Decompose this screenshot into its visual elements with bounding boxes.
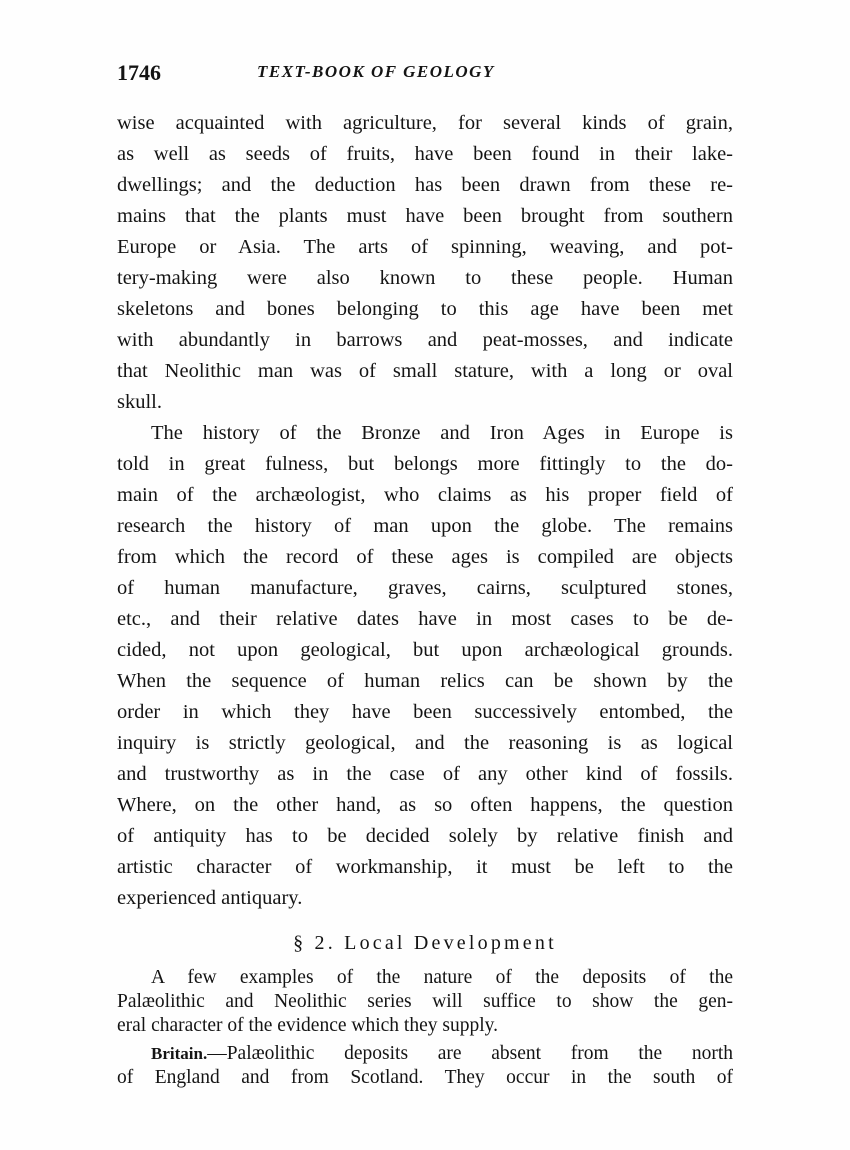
paragraph-bronze-iron-ages: The history of the Bronze and Iron Ages … [117,418,733,914]
text-line: A few examples of the nature of the depo… [117,966,733,990]
text-line: experienced antiquary. [117,883,733,914]
text-line: Britain.—Palæolithic deposits are absent… [117,1042,733,1066]
text-line: of human manufacture, graves, cairns, sc… [117,573,733,604]
paragraph-local-examples: A few examples of the nature of the depo… [117,966,733,1038]
page-number: 1746 [117,60,161,86]
text-line: skeletons and bones belonging to this ag… [117,294,733,325]
text-line: with abundantly in barrows and peat-moss… [117,325,733,356]
text-line: research the history of man upon the glo… [117,511,733,542]
text-line: of England and from Scotland. They occur… [117,1066,733,1090]
text-line: inquiry is strictly geological, and the … [117,728,733,759]
text-line: from which the record of these ages is c… [117,542,733,573]
text-line: eral character of the evidence which the… [117,1014,733,1038]
text-line: that Neolithic man was of small stature,… [117,356,733,387]
text-line: tery-making were also known to these peo… [117,263,733,294]
running-head: 1746 TEXT-BOOK OF GEOLOGY [117,60,733,90]
text-line: mains that the plants must have been bro… [117,201,733,232]
text-fragment: —Palæolithic deposits are absent from th… [207,1043,733,1064]
text-line: artistic character of workmanship, it mu… [117,852,733,883]
paragraph-britain: Britain.—Palæolithic deposits are absent… [117,1042,733,1090]
text-line: skull. [117,387,733,418]
text-line: When the sequence of human relics can be… [117,666,733,697]
paragraph-neolithic-agriculture: wise acquainted with agriculture, for se… [117,108,733,418]
text-line: Europe or Asia. The arts of spinning, we… [117,232,733,263]
text-line: main of the archæologist, who claims as … [117,480,733,511]
text-line: of antiquity has to be decided solely by… [117,821,733,852]
text-line: Palæolithic and Neolithic series will su… [117,990,733,1014]
text-line: as well as seeds of fruits, have been fo… [117,139,733,170]
text-line: wise acquainted with agriculture, for se… [117,108,733,139]
text-line: dwellings; and the deduction has been dr… [117,170,733,201]
text-line: order in which they have been successive… [117,697,733,728]
text-line: told in great fulness, but belongs more … [117,449,733,480]
text-line: The history of the Bronze and Iron Ages … [117,418,733,449]
section-heading: § 2. Local Development [0,928,850,958]
text-line: and trustworthy as in the case of any ot… [117,759,733,790]
text-line: Where, on the other hand, as so often ha… [117,790,733,821]
text-line: cided, not upon geological, but upon arc… [117,635,733,666]
running-title: TEXT-BOOK OF GEOLOGY [257,62,495,82]
text-line: etc., and their relative dates have in m… [117,604,733,635]
book-page: 1746 TEXT-BOOK OF GEOLOGY wise acquainte… [0,0,850,1150]
run-in-heading: Britain. [151,1044,207,1063]
